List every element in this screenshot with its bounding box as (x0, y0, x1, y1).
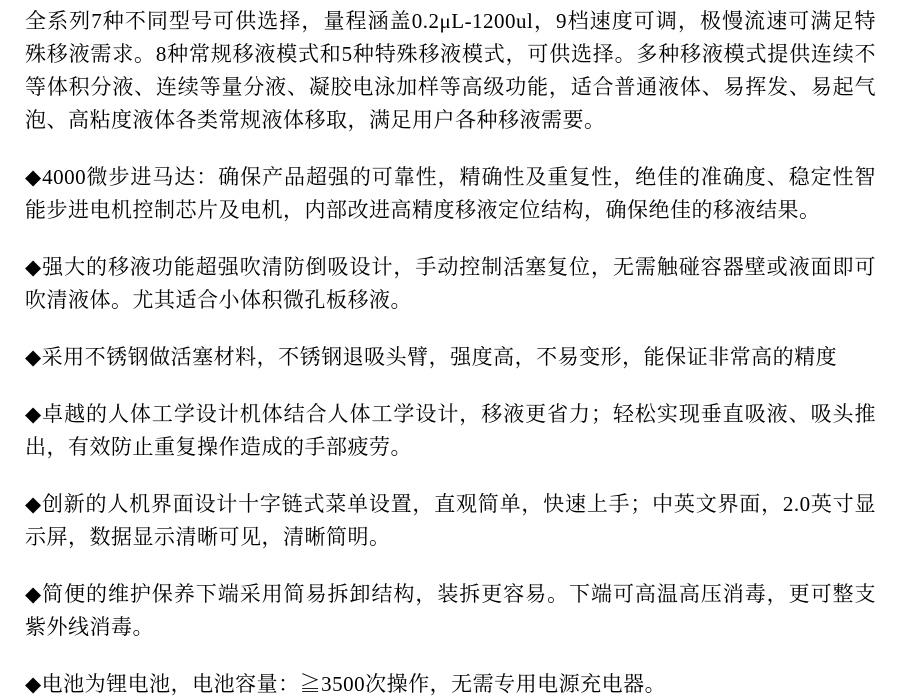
paragraph-stainless-steel-piston-feature: ◆采用不锈钢做活塞材料，不锈钢退吸头臂，强度高，不易变形，能保证非常高的精度 (25, 341, 876, 374)
paragraph-stepper-motor-feature: ◆4000微步进马达：确保产品超强的可靠性，精确性及重复性，绝佳的准确度、稳定性… (25, 161, 876, 227)
paragraph-maintenance-sterilization-feature: ◆简便的维护保养下端采用简易拆卸结构，装拆更容易。下端可高温高压消毒，更可整支紫… (25, 578, 876, 644)
product-description-document: 全系列7种不同型号可供选择，量程涵盖0.2μL-1200ul，9档速度可调，极慢… (0, 0, 900, 696)
paragraph-blowout-anti-backflow-feature: ◆强大的移液功能超强吹清防倒吸设计，手动控制活塞复位，无需触碰容器壁或液面即可吹… (25, 251, 876, 317)
paragraph-lithium-battery-feature: ◆电池为锂电池，电池容量：≧3500次操作，无需专用电源充电器。 (25, 668, 876, 696)
paragraph-model-range-overview: 全系列7种不同型号可供选择，量程涵盖0.2μL-1200ul，9档速度可调，极慢… (25, 5, 876, 137)
paragraph-ui-menu-display-feature: ◆创新的人机界面设计十字链式菜单设置，直观简单，快速上手；中英文界面，2.0英寸… (25, 488, 876, 554)
paragraph-ergonomic-design-feature: ◆卓越的人体工学设计机体结合人体工学设计，移液更省力；轻松实现垂直吸液、吸头推出… (25, 398, 876, 464)
